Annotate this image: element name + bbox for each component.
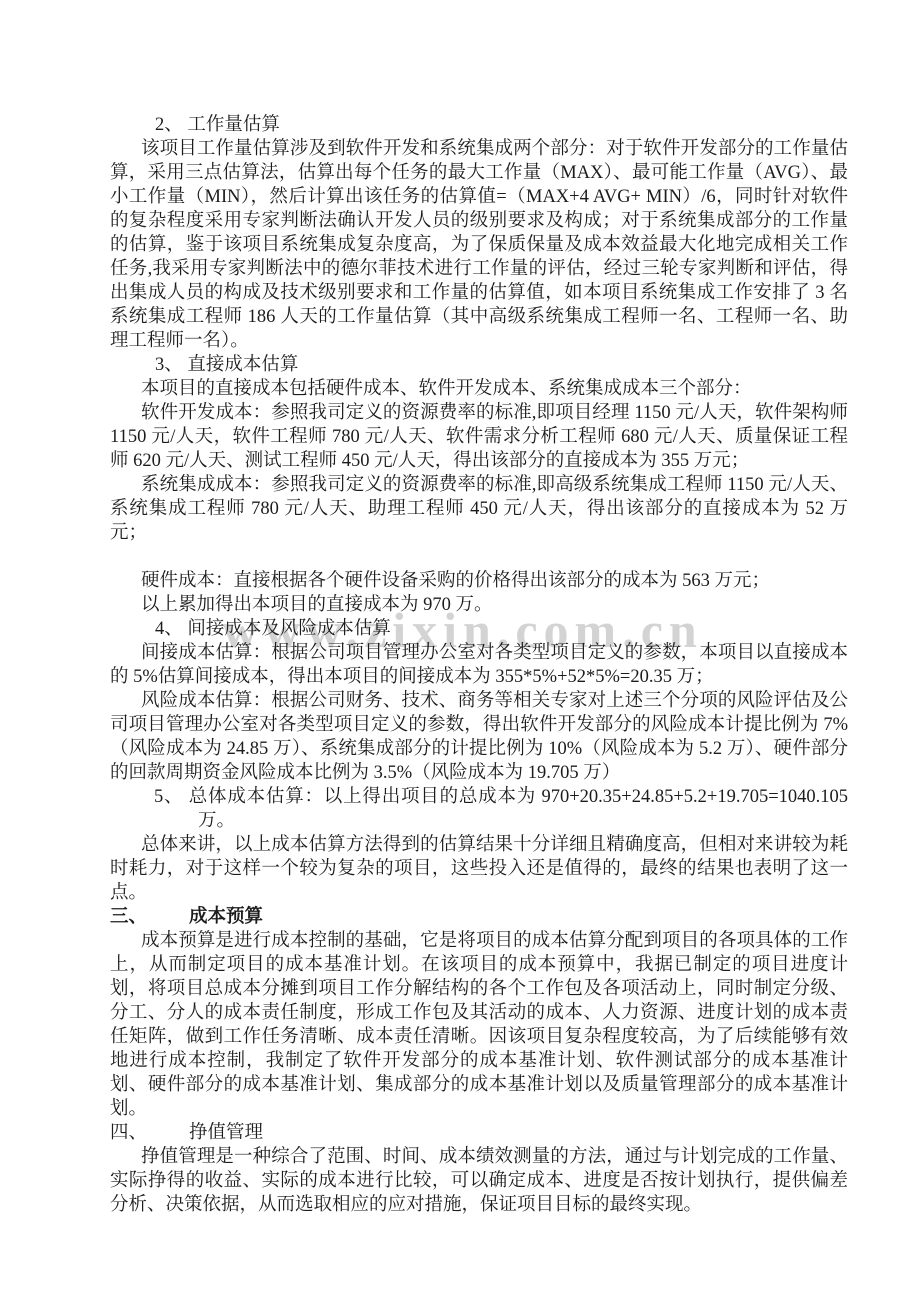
section-heading-earned-value: 四、挣值管理: [110, 1121, 848, 1145]
paragraph-direct-cost-total: 以上累加得出本项目的直接成本为 970 万。: [110, 593, 848, 617]
section-title: 挣值管理: [189, 1123, 263, 1143]
document-page: www.zixin.com.cn 2、 工作量估算 该项目工作量估算涉及到软件开…: [0, 0, 920, 1302]
paragraph-direct-cost-intro: 本项目的直接成本包括硬件成本、软件开发成本、系统集成成本三个部分：: [110, 377, 848, 401]
paragraph-risk-cost: 风险成本估算：根据公司财务、技术、商务等相关专家对上述三个分项的风险评估及公司项…: [110, 689, 848, 785]
numbered-heading-indirect-risk-cost: 4、 间接成本及风险成本估算: [110, 617, 848, 641]
section-number: 四、: [110, 1123, 147, 1143]
blank-line: [110, 545, 848, 569]
paragraph-effort-estimation: 该项目工作量估算涉及到软件开发和系统集成两个部分：对于软件开发部分的工作量估算，…: [110, 137, 848, 353]
document-body: 2、 工作量估算 该项目工作量估算涉及到软件开发和系统集成两个部分：对于软件开发…: [110, 113, 848, 1217]
section-number: 三、: [110, 907, 147, 927]
paragraph-hardware-cost: 硬件成本：直接根据各个硬件设备采购的价格得出该部分的成本为 563 万元；: [110, 569, 848, 593]
numbered-item-total-cost: 5、 总体成本估算：以上得出项目的总成本为 970+20.35+24.85+5.…: [110, 785, 848, 833]
paragraph-system-integration-cost: 系统集成成本：参照我司定义的资源费率的标准,即高级系统集成工程师 1150 元/…: [110, 473, 848, 545]
paragraph-summary: 总体来讲，以上成本估算方法得到的估算结果十分详细且精确度高，但相对来讲较为耗时耗…: [110, 833, 848, 905]
numbered-heading-direct-cost: 3、 直接成本估算: [110, 353, 848, 377]
section-title: 成本预算: [189, 907, 263, 927]
paragraph-software-dev-cost: 软件开发成本：参照我司定义的资源费率的标准,即项目经理 1150 元/人天，软件…: [110, 401, 848, 473]
paragraph-cost-budget: 成本预算是进行成本控制的基础，它是将项目的成本估算分配到项目的各项具体的工作上，…: [110, 929, 848, 1121]
paragraph-earned-value: 挣值管理是一种综合了范围、时间、成本绩效测量的方法，通过与计划完成的工作量、实际…: [110, 1145, 848, 1217]
numbered-heading-effort-estimation: 2、 工作量估算: [110, 113, 848, 137]
paragraph-indirect-cost: 间接成本估算：根据公司项目管理办公室对各类型项目定义的参数，本项目以直接成本的 …: [110, 641, 848, 689]
section-heading-cost-budget: 三、成本预算: [110, 905, 848, 929]
